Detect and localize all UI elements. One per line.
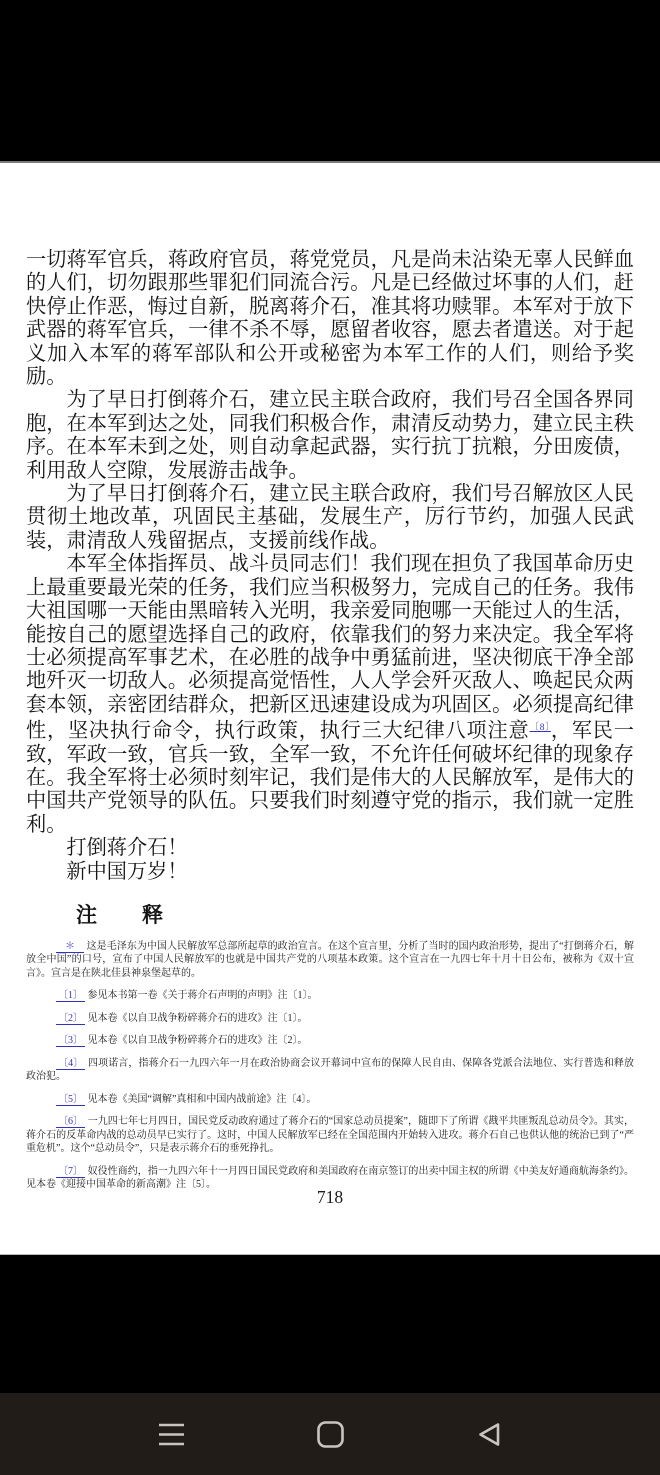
document-page: 一切蒋军官兵，蒋政府官员，蒋党党员，凡是尚未沾染无辜人民鲜血的人们，切勿跟那些罪… — [0, 161, 660, 1255]
footnote-item: 〔5〕 见本卷《美国“调解”真相和中国内战前途》注〔4〕。 — [26, 1093, 634, 1107]
body-paragraph: 一切蒋军官兵，蒋政府官员，蒋党党员，凡是尚未沾染无辜人民鲜血的人们，切勿跟那些罪… — [26, 249, 634, 389]
footnote-marker-link[interactable]: 〔2〕 — [56, 1013, 85, 1025]
body-paragraph: 本军全体指挥员、战斗员同志们！我们现在担负了我国革命历史上最重要最光荣的任务，我… — [26, 553, 634, 837]
footnote-marker-link[interactable]: 〔1〕 — [56, 990, 85, 1002]
footnote-item: ＊ 这是毛泽东为中国人民解放军总部所起草的政治宣言。在这个宣言里，分析了当时的国… — [26, 940, 634, 981]
nav-home-button[interactable] — [315, 1419, 345, 1449]
letterbox-gap — [0, 1255, 660, 1393]
footnote-item: 〔3〕 见本卷《以自卫战争粉碎蒋介石的进攻》注〔2〕。 — [26, 1034, 634, 1048]
nav-menu-button[interactable] — [156, 1419, 186, 1449]
footnote-item: 〔4〕 四项诺言，指蒋介石一九四六年一月在政治协商会议开幕词中宣布的保障人民自由… — [26, 1057, 634, 1084]
status-bar-area — [0, 0, 660, 161]
footnote-marker-link[interactable]: ＊ — [56, 941, 84, 953]
footnote-text: 一九四七年七月四日，国民党反动政府通过了蒋介石的“国家总动员提案”，随即下了所谓… — [26, 1116, 634, 1154]
footnote-text: 这是毛泽东为中国人民解放军总部所起草的政治宣言。在这个宣言里，分析了当时的国内政… — [26, 941, 634, 979]
footnote-marker-link[interactable]: 〔4〕 — [56, 1058, 85, 1070]
footnote-marker-link[interactable]: 〔5〕 — [56, 1094, 85, 1106]
footnote-text: 见本卷《美国“调解”真相和中国内战前途》注〔4〕。 — [88, 1094, 317, 1105]
footnote-ref-link-8[interactable]: 〔8〕 — [529, 723, 550, 733]
footnote-item: 〔6〕 一九四七年七月四日，国民党反动政府通过了蒋介石的“国家总动员提案”，随即… — [26, 1115, 634, 1156]
notes-list: ＊ 这是毛泽东为中国人民解放军总部所起草的政治宣言。在这个宣言里，分析了当时的国… — [26, 940, 634, 1192]
slogan-line: 打倒蒋介石！ — [26, 837, 634, 860]
android-navigation-bar — [0, 1393, 660, 1475]
back-triangle-icon — [477, 1421, 501, 1448]
hamburger-menu-icon — [158, 1422, 185, 1447]
body-paragraph: 为了早日打倒蒋介石，建立民主联合政府，我们号召全国各界同胞，在本军到达之处，同我… — [26, 389, 634, 483]
slogan-line: 新中国万岁！ — [26, 861, 634, 884]
home-square-icon — [317, 1421, 344, 1448]
page-number: 718 — [0, 1187, 660, 1208]
footnote-text: 见本卷《以自卫战争粉碎蒋介石的进攻》注〔1〕。 — [88, 1013, 308, 1024]
body-paragraph: 为了早日打倒蒋介石，建立民主联合政府，我们号召解放区人民贯彻土地改革，巩固民主基… — [26, 483, 634, 553]
document-body: 一切蒋军官兵，蒋政府官员，蒋党党员，凡是尚未沾染无辜人民鲜血的人们，切勿跟那些罪… — [26, 249, 634, 884]
footnote-text: 见本卷《以自卫战争粉碎蒋介石的进攻》注〔2〕。 — [88, 1035, 308, 1046]
notes-section-title: 注 释 — [76, 899, 634, 929]
footnote-marker-link[interactable]: 〔6〕 — [56, 1116, 85, 1128]
nav-back-button[interactable] — [474, 1419, 504, 1449]
footnote-text: 四项诺言，指蒋介石一九四六年一月在政治协商会议开幕词中宣布的保障人民自由、保障各… — [26, 1058, 634, 1083]
footnote-marker-link[interactable]: 〔3〕 — [56, 1035, 85, 1047]
footnote-text: 参见本书第一卷《关于蒋介石声明的声明》注〔1〕。 — [88, 990, 318, 1001]
paragraph-text: 本军全体指挥员、战斗员同志们！我们现在担负了我国革命历史上最重要最光荣的任务，我… — [26, 553, 634, 742]
footnote-item: 〔2〕 见本卷《以自卫战争粉碎蒋介石的进攻》注〔1〕。 — [26, 1012, 634, 1026]
footnote-item: 〔1〕 参见本书第一卷《关于蒋介石声明的声明》注〔1〕。 — [26, 989, 634, 1003]
footnote-marker-link[interactable]: 〔7〕 — [56, 1166, 85, 1178]
